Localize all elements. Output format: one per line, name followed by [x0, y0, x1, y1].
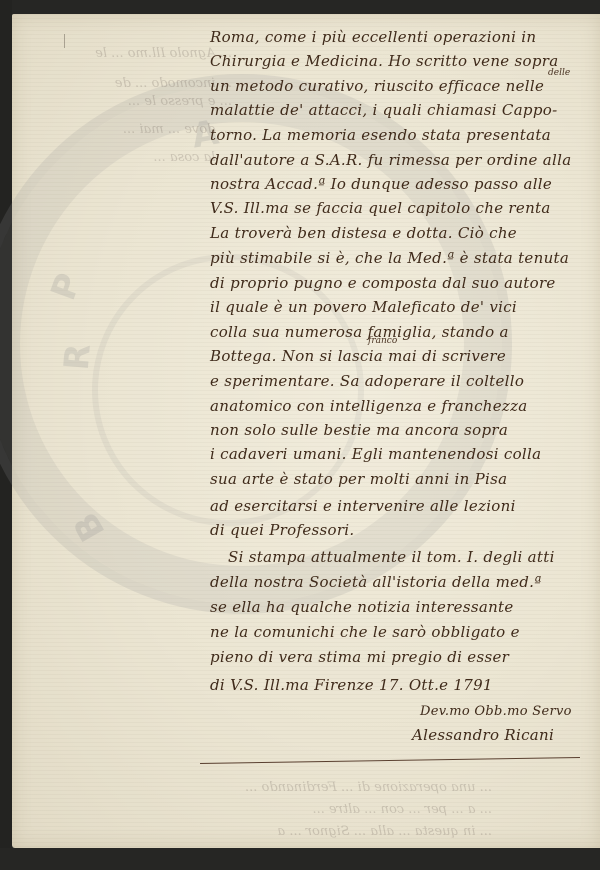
manuscript-line: V.S. Ill.ma se faccia quel capitolo che … — [210, 199, 590, 217]
stamp-letter: P — [43, 263, 91, 306]
valediction: Dev.mo Obb.mo Servo — [420, 704, 590, 719]
manuscript-line: di proprio pugno e composta dal suo auto… — [210, 274, 590, 292]
bleed-through-text: ... e presso le ... — [52, 94, 232, 109]
manuscript-line: sua arte è stato per molti anni in Pisa — [210, 470, 590, 488]
bleed-through-text: ... incomodo ... de — [52, 76, 232, 91]
scanner-border-top — [0, 0, 600, 14]
bleed-through-text: ... dove ... mai ... — [52, 122, 232, 137]
manuscript-line: di quei Professori. — [210, 521, 590, 539]
interlinear-insertion: franco — [368, 336, 397, 346]
bleed-through-text: ... a ... per ... con ... altre ... — [72, 802, 492, 817]
signature: Alessandro Ricani — [412, 726, 592, 744]
bleed-through-text: ... una operazione di ... Ferdinando ... — [72, 780, 492, 795]
manuscript-line: La troverà ben distesa e dotta. Ciò che — [210, 224, 590, 242]
manuscript-line: un metodo curativo, riuscito efficace ne… — [210, 77, 590, 95]
manuscript-line: Bottega. Non si lascia mai di scrivere — [210, 347, 590, 365]
manuscript-line: e sperimentare. Sa adoperare il coltello — [210, 372, 590, 390]
manuscript-line: il quale è un povero Maleficato de' vici — [210, 298, 590, 316]
manuscript-line: della nostra Società all'istoria della m… — [210, 573, 590, 591]
manuscript-line: Chirurgia e Medicina. Ho scritto vene so… — [210, 52, 590, 70]
manuscript-line: ad esercitarsi e intervenire alle lezion… — [210, 497, 590, 515]
manuscript-line: dall'autore a S.A.R. fu rimessa per ordi… — [210, 151, 590, 169]
stamp-letter: R — [57, 336, 100, 372]
stamp-letter: B — [63, 500, 114, 548]
manuscript-line: colla sua numerosa famiglia, stando a — [210, 323, 590, 341]
manuscript-line: nostra Accad.ª Io dunque adesso passo al… — [210, 175, 590, 193]
bleed-through-text: ... in questa ... alla ... Signor ... a — [72, 824, 492, 839]
manuscript-line: malattie de' attacci, i quali chiamasi C… — [210, 101, 590, 119]
manuscript-line: anatomico con intelligenza e franchezza — [210, 397, 590, 415]
manuscript-line: se ella ha qualche notizia interessante — [210, 598, 590, 616]
manuscript-line: ne la comunichi che le sarò obbligato e — [210, 623, 590, 641]
bleed-through-text: ... Agnolo Ill.mo ... le — [52, 46, 232, 61]
manuscript-line: Si stampa attualmente il tom. I. degli a… — [228, 548, 600, 566]
scanner-border-bottom — [0, 848, 600, 870]
manuscript-line: più stimabile si è, che la Med.ª è stata… — [210, 249, 590, 267]
manuscript-line: Roma, come i più eccellenti operazioni i… — [210, 28, 590, 46]
manuscript-line: i cadaveri umani. Egli mantenendosi coll… — [210, 445, 590, 463]
manuscript-line: di V.S. Ill.ma Firenze 17. Ott.e 1791 — [210, 676, 590, 694]
bleed-through-text: ... la cosa ... — [52, 150, 232, 165]
manuscript-line: torno. La memoria esendo stata presentat… — [210, 126, 590, 144]
manuscript-line: non solo sulle bestie ma ancora sopra — [210, 421, 590, 439]
manuscript-line: pieno di vera stima mi pregio di esser — [210, 648, 590, 666]
